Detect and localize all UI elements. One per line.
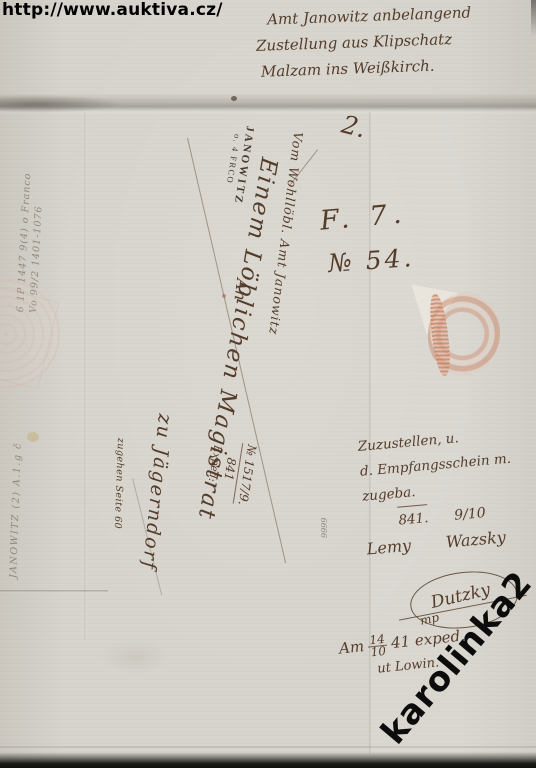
- clerk-mark-no54: № 54.: [327, 243, 415, 278]
- ink-stain: [231, 96, 237, 101]
- registry-note: № 1517/9. 841 Exped:: [201, 438, 260, 506]
- delivery-instruction-note: Zuzustellen, u. d. Empfangsschein m. zug…: [357, 418, 536, 562]
- source-url-banner: http://www.auktiva.cz/: [2, 0, 223, 20]
- embossed-seal-outline: [0, 280, 60, 389]
- letter-scan: http://www.auktiva.cz/ Amt Janowitz anbe…: [0, 0, 536, 768]
- paper-stain: [27, 432, 39, 442]
- address-small-note: zugehen Seite 60: [112, 438, 126, 530]
- fold-crease-shadow: [0, 95, 120, 113]
- address-city-line: zu Jägerndorf: [138, 413, 176, 572]
- margin-pencil-number: 9999: [320, 518, 329, 538]
- left-margin-pencil-note: JANOWITZ (2) A.1.g č: [8, 442, 24, 578]
- scan-edge-bottom: [0, 752, 536, 768]
- date-fraction: 1410: [367, 633, 389, 658]
- horizontal-crease: [0, 590, 108, 593]
- wax-seal-fragment-icon: [422, 284, 498, 382]
- horizontal-crease: [0, 746, 536, 748]
- vertical-crease: [84, 112, 87, 640]
- clerk-flourish: 2.: [339, 110, 369, 144]
- delivery-date: 9/10: [453, 501, 487, 529]
- dispatch-prefix: Am: [338, 637, 365, 658]
- scan-edge-corner: [531, 0, 536, 36]
- top-right-manuscript-note: Amt Janowitz anbelangend Zustellung aus …: [255, 0, 536, 85]
- delivery-number: 841.: [397, 504, 429, 534]
- paper-stain: [100, 640, 170, 674]
